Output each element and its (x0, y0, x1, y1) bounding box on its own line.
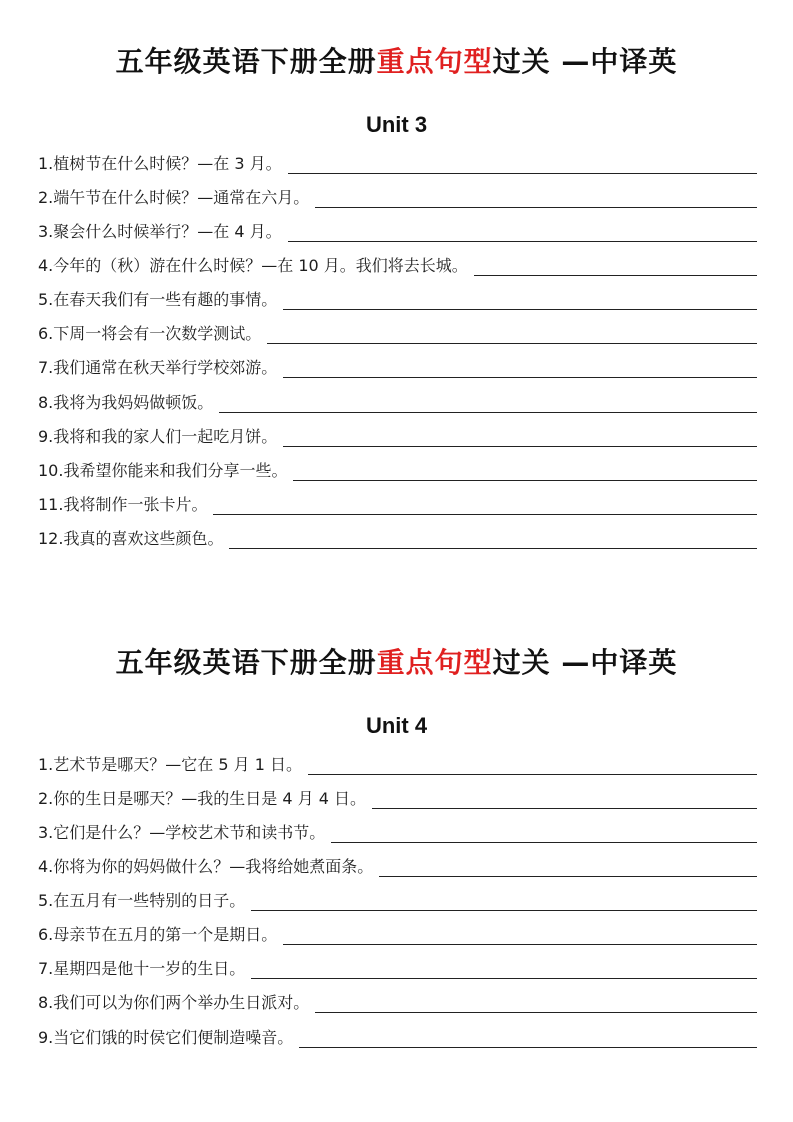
question-text: 8.我们可以为你们两个举办生日派对。 (38, 993, 309, 1015)
answer-line[interactable] (315, 189, 757, 208)
answer-line[interactable] (293, 462, 757, 481)
question-row: 5.在五月有一些特别的日子。 (38, 879, 757, 913)
question-text: 8.我将为我妈妈做顿饭。 (38, 393, 213, 415)
question-text: 4.今年的（秋）游在什么时候？—在 10 月。我们将去长城。 (38, 256, 468, 278)
question-text: 12.我真的喜欢这些颜色。 (38, 529, 223, 551)
question-text: 3.聚会什么时候举行？—在 4 月。 (38, 222, 282, 244)
question-text: 11.我将制作一张卡片。 (38, 495, 207, 517)
answer-line[interactable] (288, 155, 757, 174)
question-text: 1.植树节在什么时候？—在 3 月。 (38, 154, 282, 176)
title-prefix: 五年级英语下册全册 (116, 45, 377, 78)
question-row: 6.母亲节在五月的第一个是期日。 (38, 913, 757, 947)
answer-line[interactable] (372, 790, 757, 809)
answer-line[interactable] (331, 824, 757, 843)
answer-line[interactable] (288, 223, 757, 242)
title-suffix: 过关 —中译英 (493, 45, 678, 78)
answer-line[interactable] (213, 496, 757, 515)
question-text: 6.母亲节在五月的第一个是期日。 (38, 925, 277, 947)
question-text: 9.当它们饿的时侯它们便制造噪音。 (38, 1028, 293, 1050)
question-row: 6.下周一将会有一次数学测试。 (38, 312, 757, 346)
title-suffix: 过关 —中译英 (493, 646, 678, 679)
question-row: 4.今年的（秋）游在什么时候？—在 10 月。我们将去长城。 (38, 244, 757, 278)
answer-line[interactable] (283, 428, 757, 447)
question-text: 9.我将和我的家人们一起吃月饼。 (38, 427, 277, 449)
answer-line[interactable] (251, 960, 757, 979)
question-text: 5.在春天我们有一些有趣的事情。 (38, 290, 277, 312)
question-row: 12.我真的喜欢这些颜色。 (38, 517, 757, 551)
question-row: 2.端午节在什么时候？—通常在六月。 (38, 176, 757, 210)
question-text: 7.星期四是他十一岁的生日。 (38, 959, 245, 981)
question-row: 3.聚会什么时候举行？—在 4 月。 (38, 210, 757, 244)
worksheet-title: 五年级英语下册全册重点句型过关 —中译英 (0, 641, 793, 681)
question-text: 5.在五月有一些特别的日子。 (38, 891, 245, 913)
question-row: 4.你将为你的妈妈做什么？—我将给她煮面条。 (38, 845, 757, 879)
question-text: 4.你将为你的妈妈做什么？—我将给她煮面条。 (38, 857, 373, 879)
question-text: 10.我希望你能来和我们分享一些。 (38, 461, 287, 483)
question-row: 9.我将和我的家人们一起吃月饼。 (38, 415, 757, 449)
question-row: 11.我将制作一张卡片。 (38, 483, 757, 517)
question-text: 2.你的生日是哪天？—我的生日是 4 月 4 日。 (38, 789, 366, 811)
answer-line[interactable] (299, 1029, 757, 1048)
answer-line[interactable] (379, 858, 757, 877)
answer-line[interactable] (283, 926, 757, 945)
answer-line[interactable] (267, 325, 757, 344)
question-row: 1.植树节在什么时候？—在 3 月。 (38, 142, 757, 176)
question-row: 2.你的生日是哪天？—我的生日是 4 月 4 日。 (38, 777, 757, 811)
answer-line[interactable] (283, 291, 757, 310)
question-text: 6.下周一将会有一次数学测试。 (38, 324, 261, 346)
question-row: 1.艺术节是哪天？—它在 5 月 1 日。 (38, 743, 757, 777)
question-row: 5.在春天我们有一些有趣的事情。 (38, 278, 757, 312)
question-row: 7.星期四是他十一岁的生日。 (38, 947, 757, 981)
title-highlight: 重点句型 (377, 45, 493, 78)
question-row: 9.当它们饿的时侯它们便制造噪音。 (38, 1016, 757, 1050)
question-row: 3.它们是什么？—学校艺术节和读书节。 (38, 811, 757, 845)
question-row: 7.我们通常在秋天举行学校郊游。 (38, 346, 757, 380)
answer-line[interactable] (219, 394, 757, 413)
answer-line[interactable] (229, 530, 757, 549)
question-text: 2.端午节在什么时候？—通常在六月。 (38, 188, 309, 210)
question-row: 10.我希望你能来和我们分享一些。 (38, 449, 757, 483)
question-row: 8.我们可以为你们两个举办生日派对。 (38, 981, 757, 1015)
answer-line[interactable] (283, 359, 757, 378)
question-text: 3.它们是什么？—学校艺术节和读书节。 (38, 823, 325, 845)
title-highlight: 重点句型 (377, 646, 493, 679)
question-row: 8.我将为我妈妈做顿饭。 (38, 381, 757, 415)
title-prefix: 五年级英语下册全册 (116, 646, 377, 679)
unit-heading: Unit 4 (0, 713, 793, 739)
unit-heading: Unit 3 (0, 112, 793, 138)
answer-line[interactable] (474, 257, 757, 276)
answer-line[interactable] (308, 756, 757, 775)
answer-line[interactable] (315, 994, 757, 1013)
worksheet-title: 五年级英语下册全册重点句型过关 —中译英 (0, 40, 793, 80)
answer-line[interactable] (251, 892, 757, 911)
question-text: 7.我们通常在秋天举行学校郊游。 (38, 358, 277, 380)
question-text: 1.艺术节是哪天？—它在 5 月 1 日。 (38, 755, 302, 777)
